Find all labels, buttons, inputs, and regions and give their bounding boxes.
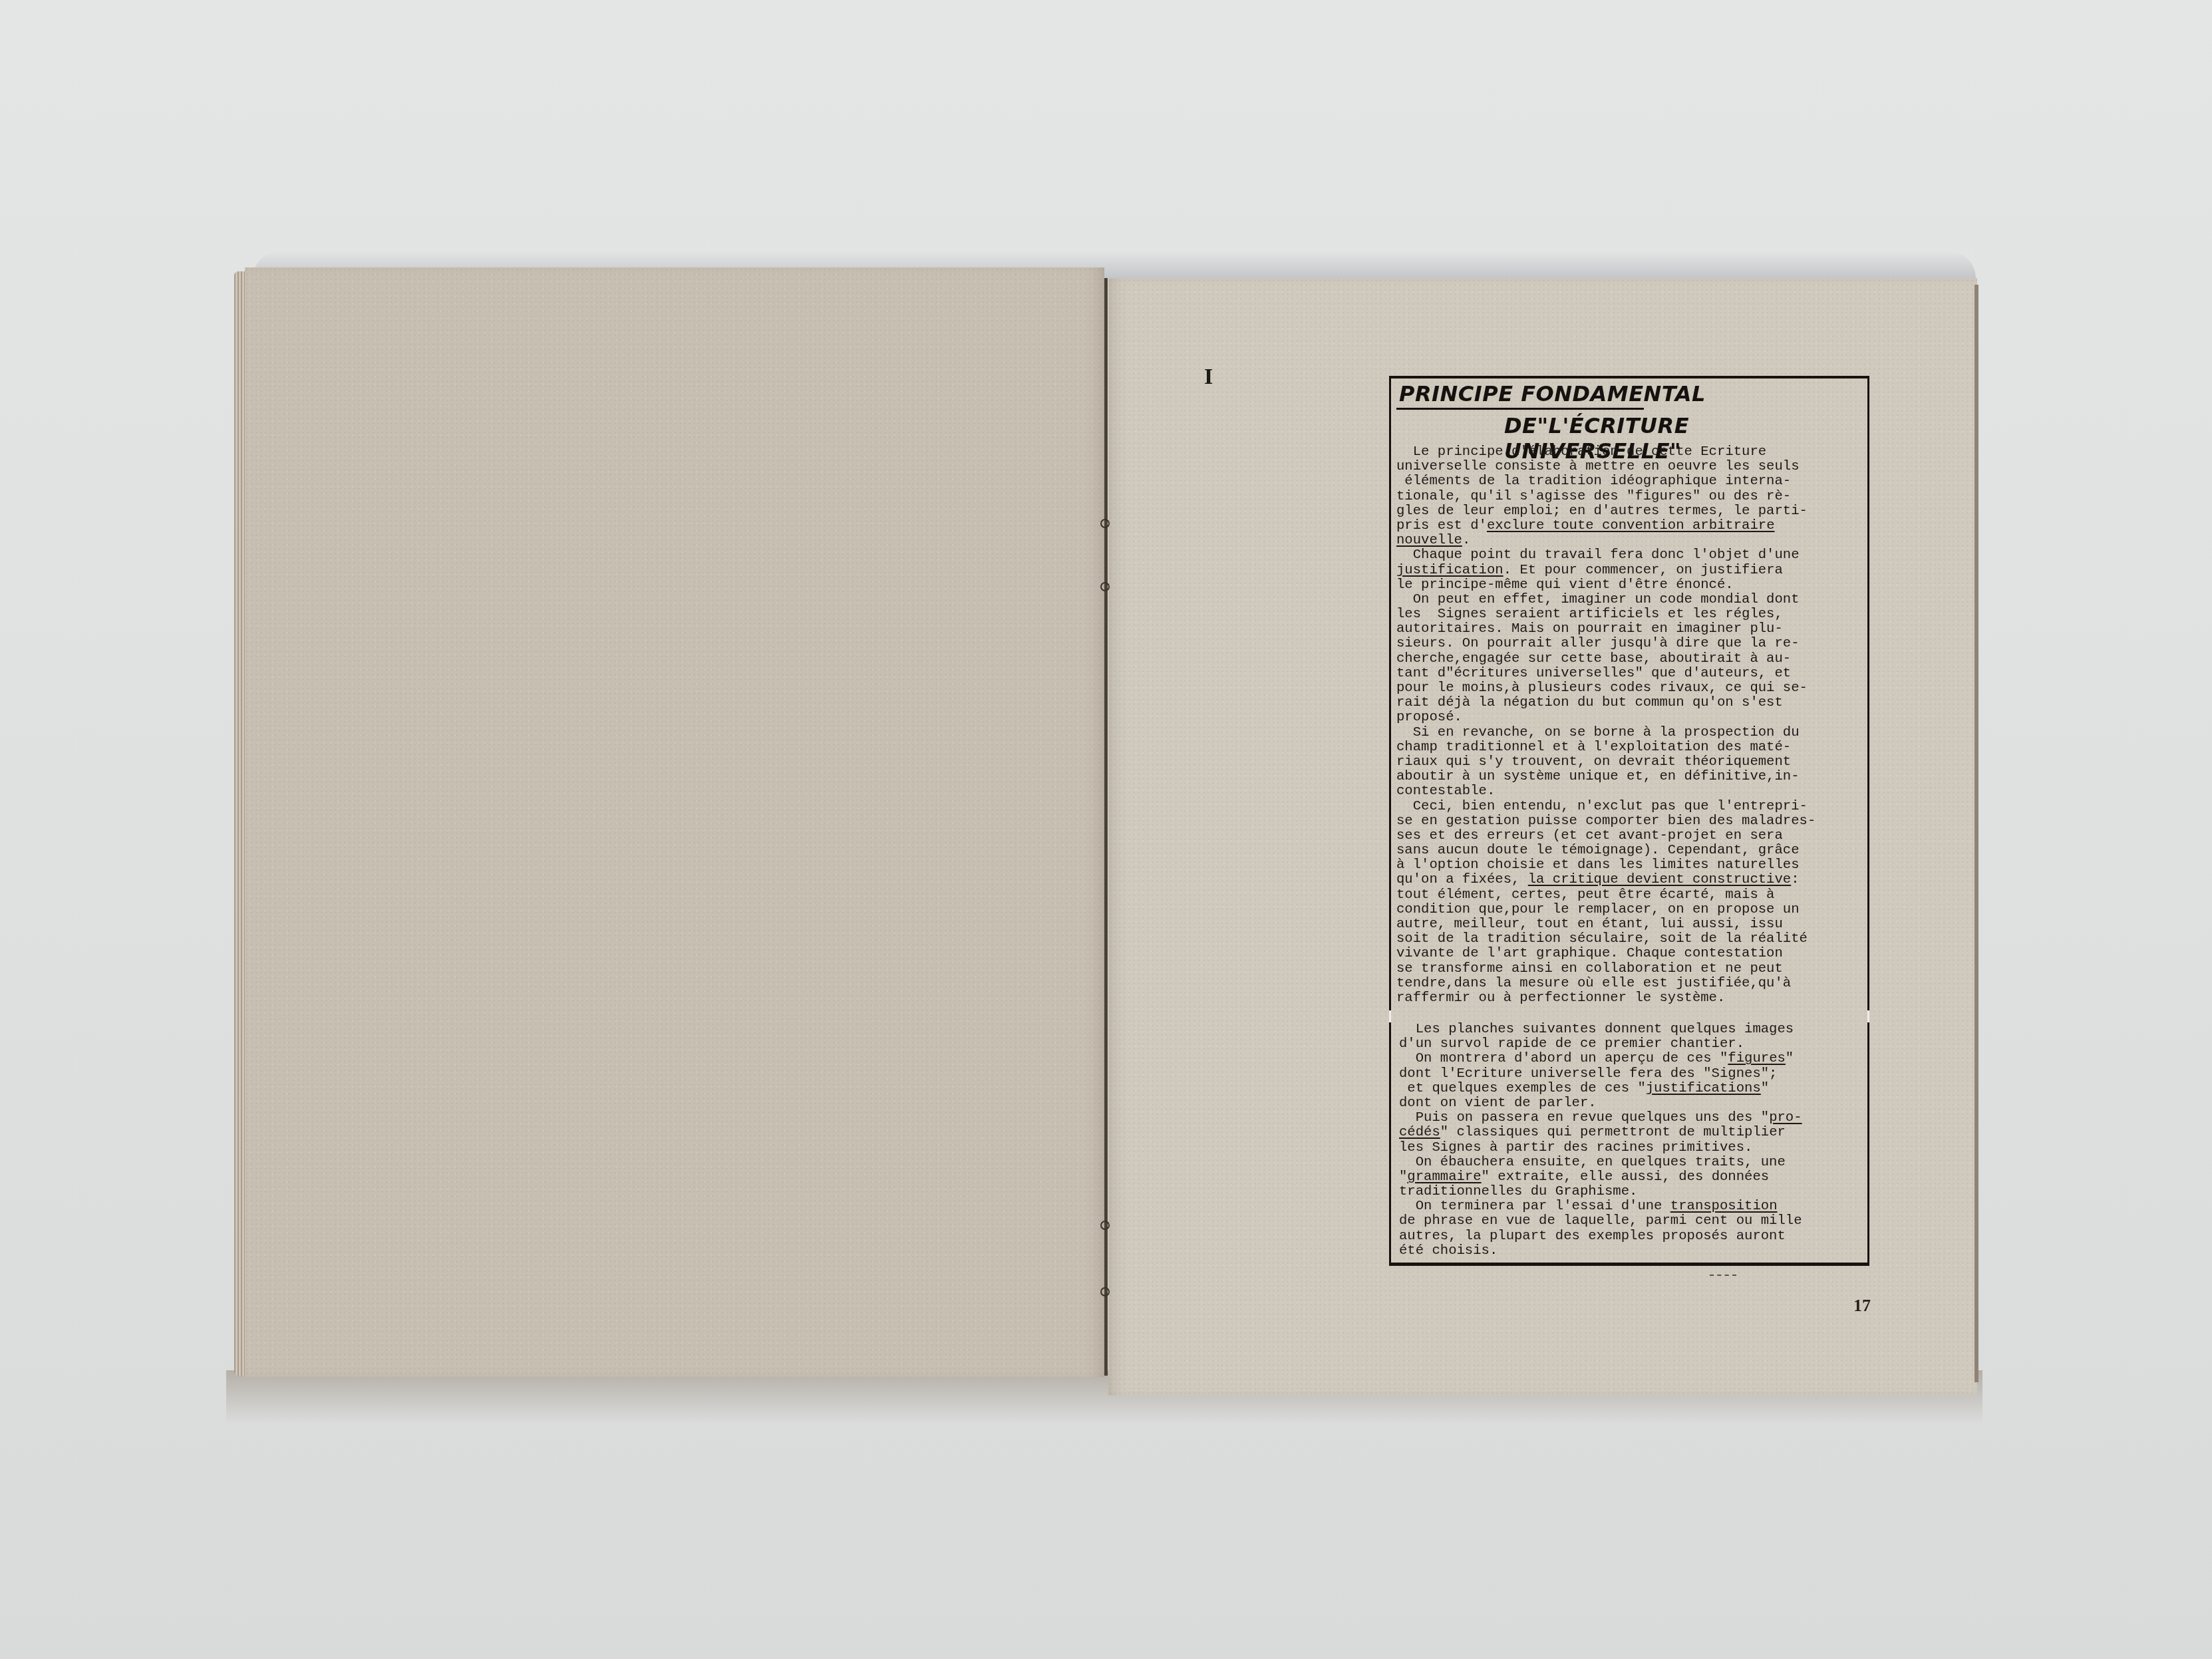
text-segment: de phrase en vue de laquelle, parmi cent…: [1399, 1213, 1802, 1229]
text-segment: pris est d': [1396, 518, 1487, 533]
text-segment: condition que,pour le remplacer, on en p…: [1396, 902, 1800, 917]
text-segment: pour le moins,à plusieurs codes rivaux, …: [1396, 680, 1808, 696]
text-segment: à l'option choisie et dans les limites n…: [1396, 857, 1800, 873]
text-line: Si en revanche, on se borne à la prospec…: [1396, 726, 1862, 740]
text-segment: ses et des erreurs (et cet avant-projet …: [1396, 828, 1783, 843]
underlined-phrase: la critique devient constructive: [1528, 872, 1791, 887]
text-line: proposé.: [1396, 710, 1862, 725]
body-section-principle: Le principe d'élaboration de cette Ecrit…: [1396, 445, 1862, 1006]
text-line: sieurs. On pourrait aller jusqu'à dire q…: [1396, 637, 1862, 651]
staple-hole-icon: [1100, 519, 1110, 528]
text-segment: On peut en effet, imaginer un code mondi…: [1396, 592, 1800, 607]
body-section-outline: Les planches suivantes donnent quelques …: [1399, 1022, 1865, 1259]
text-segment: sieurs. On pourrait aller jusqu'à dire q…: [1396, 636, 1800, 651]
text-segment: été choisis.: [1399, 1243, 1498, 1259]
text-segment: Si en revanche, on se borne à la prospec…: [1396, 725, 1800, 740]
text-segment: autoritaires. Mais on pourrait en imagin…: [1396, 621, 1783, 637]
text-segment: gles de leur emploi; en d'autres termes,…: [1396, 504, 1808, 519]
text-line: se transforme ainsi en collaboration et …: [1396, 962, 1862, 977]
text-segment: champ traditionnel et à l'exploitation d…: [1396, 740, 1791, 755]
text-segment: et quelques exemples de ces ": [1399, 1081, 1646, 1096]
page-number: 17: [1853, 1296, 1871, 1316]
text-segment: tendre,dans la mesure où elle est justif…: [1396, 976, 1791, 991]
title-line-1: PRINCIPE FONDAMENTAL: [1399, 381, 1706, 406]
text-segment: contestable.: [1396, 784, 1495, 799]
text-line: On terminera par l'essai d'une transposi…: [1399, 1199, 1865, 1214]
text-line: pris est d'exclure toute convention arbi…: [1396, 519, 1862, 533]
text-line: de phrase en vue de laquelle, parmi cent…: [1399, 1214, 1865, 1229]
text-segment: éléments de la tradition idéographique i…: [1396, 474, 1791, 489]
text-segment: les Signes seraient artificiels et les r…: [1396, 607, 1783, 622]
text-segment: vivante de l'art graphique. Chaque conte…: [1396, 946, 1783, 961]
text-line: et quelques exemples de ces "justificati…: [1399, 1082, 1865, 1096]
text-line: riaux qui s'y trouvent, on devrait théor…: [1396, 755, 1862, 770]
text-line: condition que,pour le remplacer, on en p…: [1396, 903, 1862, 917]
text-segment: se en gestation puisse comporter bien de…: [1396, 814, 1816, 829]
text-segment: le principe-même qui vient d'être énoncé…: [1396, 577, 1734, 593]
underlined-phrase: transposition: [1670, 1199, 1778, 1214]
text-line: autoritaires. Mais on pourrait en imagin…: [1396, 622, 1862, 637]
underlined-phrase: exclure toute convention arbitraire: [1487, 518, 1775, 533]
text-segment: " extraite, elle aussi, des données: [1482, 1169, 1770, 1185]
text-line: universelle consiste à mettre en oeuvre …: [1396, 460, 1862, 474]
underlined-phrase: figures: [1728, 1051, 1786, 1066]
text-segment: autres, la plupart des exemples proposés…: [1399, 1229, 1786, 1244]
text-line: On montrera d'abord un aperçu de ces "fi…: [1399, 1052, 1865, 1066]
text-segment: dont on vient de parler.: [1399, 1096, 1597, 1111]
text-line: dont l'Ecriture universelle fera des "Si…: [1399, 1067, 1865, 1082]
text-line: champ traditionnel et à l'exploitation d…: [1396, 740, 1862, 755]
chapter-numeral: I: [1204, 365, 1213, 390]
text-segment: ": [1399, 1169, 1407, 1185]
staple-hole-icon: [1100, 582, 1110, 591]
text-line: éléments de la tradition idéographique i…: [1396, 474, 1862, 489]
text-segment: Chaque point du travail fera donc l'obje…: [1396, 547, 1800, 563]
text-line: Puis on passera en revue quelques uns de…: [1399, 1111, 1865, 1126]
text-segment: autre, meilleur, tout en étant, lui auss…: [1396, 917, 1783, 932]
text-segment: sans aucun doute le témoignage). Cependa…: [1396, 843, 1800, 858]
text-segment: riaux qui s'y trouvent, on devrait théor…: [1396, 754, 1791, 770]
text-line: pour le moins,à plusieurs codes rivaux, …: [1396, 681, 1862, 696]
text-line: le principe-même qui vient d'être énoncé…: [1396, 578, 1862, 593]
text-line: tendre,dans la mesure où elle est justif…: [1396, 977, 1862, 991]
text-line: rait déjà la négation du but commun qu'o…: [1396, 696, 1862, 710]
text-segment: aboutir à un système unique et, en défin…: [1396, 769, 1800, 784]
text-line: tant d"écritures universelles" que d'aut…: [1396, 667, 1862, 681]
text-segment: " classiques qui permettront de multipli…: [1440, 1125, 1786, 1140]
text-line: gles de leur emploi; en d'autres termes,…: [1396, 504, 1862, 519]
text-line: sans aucun doute le témoignage). Cependa…: [1396, 843, 1862, 858]
text-line: Les planches suivantes donnent quelques …: [1399, 1022, 1865, 1037]
text-segment: raffermir ou à perfectionner le système.: [1396, 990, 1725, 1006]
framed-text-box: PRINCIPE FONDAMENTAL DE"L'ÉCRITURE UNIVE…: [1389, 376, 1869, 1266]
text-segment: .: [1462, 533, 1470, 548]
underlined-phrase: justification: [1396, 563, 1503, 578]
text-segment: Ceci, bien entendu, n'exclut pas que l'e…: [1396, 799, 1808, 814]
title-underline: [1396, 408, 1644, 410]
text-line: tout élément, certes, peut être écarté, …: [1396, 888, 1862, 903]
text-line: On peut en effet, imaginer un code mondi…: [1396, 593, 1862, 607]
text-line: soit de la tradition séculaire, soit de …: [1396, 932, 1862, 947]
text-line: "grammaire" extraite, elle aussi, des do…: [1399, 1170, 1865, 1185]
text-line: nouvelle.: [1396, 533, 1862, 548]
text-line: autre, meilleur, tout en étant, lui auss…: [1396, 917, 1862, 932]
text-segment: On ébauchera ensuite, en quelques traits…: [1399, 1155, 1786, 1170]
text-line: les Signes à partir des racines primitiv…: [1399, 1141, 1865, 1155]
text-line: justification. Et pour commencer, on jus…: [1396, 563, 1862, 578]
text-line: aboutir à un système unique et, en défin…: [1396, 770, 1862, 784]
text-line: On ébauchera ensuite, en quelques traits…: [1399, 1155, 1865, 1170]
underlined-phrase: nouvelle: [1396, 533, 1462, 548]
text-line: vivante de l'art graphique. Chaque conte…: [1396, 947, 1862, 961]
text-line: raffermir ou à perfectionner le système.: [1396, 991, 1862, 1006]
text-line: dont on vient de parler.: [1399, 1096, 1865, 1111]
text-segment: tant d"écritures universelles" que d'aut…: [1396, 666, 1791, 681]
text-line: cédés" classiques qui permettront de mul…: [1399, 1126, 1865, 1140]
text-line: à l'option choisie et dans les limites n…: [1396, 858, 1862, 873]
right-page-edge: [1975, 285, 1978, 1382]
text-segment: Puis on passera en revue quelques uns de…: [1399, 1110, 1769, 1126]
text-segment: d'un survol rapide de ce premier chantie…: [1399, 1036, 1744, 1052]
text-line: les Signes seraient artificiels et les r…: [1396, 607, 1862, 622]
staple-hole-icon: [1100, 1221, 1110, 1230]
spine-gutter: [1104, 278, 1108, 1376]
text-segment: :: [1791, 872, 1799, 887]
text-line: Le principe d'élaboration de cette Ecrit…: [1396, 445, 1862, 460]
text-segment: rait déjà la négation du but commun qu'o…: [1396, 695, 1783, 710]
text-segment: Les planches suivantes donnent quelques …: [1399, 1022, 1794, 1037]
text-line: Ceci, bien entendu, n'exclut pas que l'e…: [1396, 800, 1862, 814]
underlined-phrase: pro-: [1769, 1110, 1802, 1126]
text-segment: les Signes à partir des racines primitiv…: [1399, 1140, 1752, 1155]
text-segment: Le principe d'élaboration de cette Ecrit…: [1396, 444, 1766, 460]
text-segment: proposé.: [1396, 710, 1462, 725]
text-line: qu'on a fixées, la critique devient cons…: [1396, 873, 1862, 887]
text-segment: qu'on a fixées,: [1396, 872, 1528, 887]
section-divider: [1389, 1016, 1869, 1017]
text-line: été choisis.: [1399, 1244, 1865, 1259]
text-line: ses et des erreurs (et cet avant-projet …: [1396, 829, 1862, 843]
text-segment: cherche,engagée sur cette base, aboutira…: [1396, 651, 1791, 667]
staple-hole-icon: [1100, 1287, 1110, 1296]
left-page: [245, 267, 1104, 1377]
text-line: se en gestation puisse comporter bien de…: [1396, 814, 1862, 829]
text-segment: soit de la tradition séculaire, soit de …: [1396, 931, 1808, 947]
text-segment: . Et pour commencer, on justifiera: [1503, 563, 1783, 578]
text-segment: On montrera d'abord un aperçu de ces ": [1399, 1051, 1728, 1066]
text-segment: tionale, qu'il s'agisse des "figures" ou…: [1396, 489, 1791, 504]
text-line: tionale, qu'il s'agisse des "figures" ou…: [1396, 490, 1862, 504]
text-line: traditionnelles du Graphisme.: [1399, 1185, 1865, 1199]
text-segment: dont l'Ecriture universelle fera des "Si…: [1399, 1066, 1777, 1082]
text-segment: On terminera par l'essai d'une: [1399, 1199, 1670, 1214]
ink-mark: [1710, 1275, 1736, 1277]
text-line: Chaque point du travail fera donc l'obje…: [1396, 548, 1862, 563]
underlined-phrase: justifications: [1646, 1081, 1761, 1096]
text-segment: universelle consiste à mettre en oeuvre …: [1396, 459, 1800, 474]
text-segment: traditionnelles du Graphisme.: [1399, 1184, 1637, 1199]
text-line: d'un survol rapide de ce premier chantie…: [1399, 1037, 1865, 1052]
text-line: contestable.: [1396, 784, 1862, 799]
text-segment: ": [1761, 1081, 1769, 1096]
text-segment: ": [1786, 1051, 1794, 1066]
text-segment: se transforme ainsi en collaboration et …: [1396, 961, 1783, 977]
underlined-phrase: cédés: [1399, 1125, 1440, 1140]
text-segment: tout élément, certes, peut être écarté, …: [1396, 887, 1774, 903]
text-line: autres, la plupart des exemples proposés…: [1399, 1229, 1865, 1244]
text-line: cherche,engagée sur cette base, aboutira…: [1396, 652, 1862, 667]
underlined-phrase: grammaire: [1407, 1169, 1481, 1185]
